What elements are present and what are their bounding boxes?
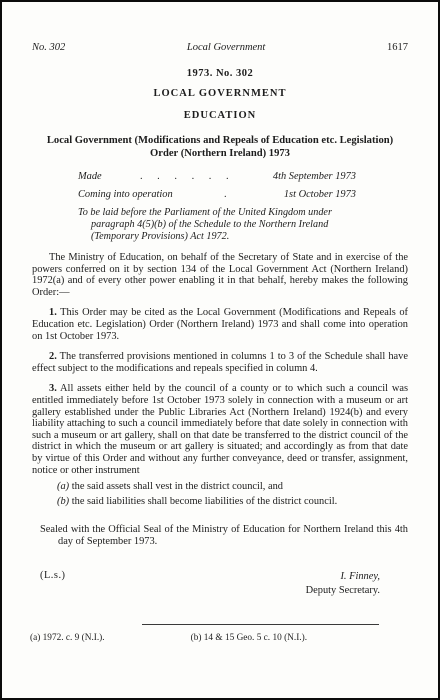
running-header: No. 302 Local Government 1617	[32, 42, 408, 53]
operation-date: 1st October 1973	[284, 189, 356, 200]
order-title-line-1: Local Government (Modifications and Repe…	[32, 134, 408, 147]
article-1-text: This Order may be cited as the Local Gov…	[32, 307, 408, 341]
subitem-a: (a) the said assets shall vest in the di…	[57, 479, 408, 494]
subitem-b-marker: (b)	[57, 496, 69, 507]
made-dotted-leader: . . . . . .	[102, 171, 273, 182]
made-label: Made	[78, 171, 102, 182]
seal-mark: (L.s.)	[40, 570, 66, 581]
instrument-number: 1973. No. 302	[32, 68, 408, 79]
dates-block: Made . . . . . . 4th September 1973 Comi…	[78, 171, 356, 200]
signatory-title: Deputy Secretary.	[306, 584, 380, 598]
made-row: Made . . . . . . 4th September 1973	[78, 171, 356, 182]
article-2-text: The transferred provisions mentioned in …	[32, 351, 408, 374]
laid-before-parliament-note: To be laid before the Parliament of the …	[78, 207, 348, 243]
order-title-line-2: Order (Northern Ireland) 1973	[32, 147, 408, 160]
signatory-name: I. Finney,	[306, 570, 380, 584]
subitem-b-text: the said liabilities shall become liabil…	[72, 496, 337, 507]
article-2: 2. The transferred provisions mentioned …	[32, 351, 408, 374]
article-3-subitems: (a) the said assets shall vest in the di…	[32, 479, 408, 509]
article-3-number: 3.	[49, 383, 57, 394]
order-title: Local Government (Modifications and Repe…	[32, 134, 408, 160]
sealing-clause: Sealed with the Official Seal of the Min…	[40, 524, 408, 548]
category-heading: EDUCATION	[32, 110, 408, 121]
footnote-b: (b) 14 & 15 Geo. 5 c. 10 (N.I.).	[191, 633, 307, 643]
subject-heading: LOCAL GOVERNMENT	[32, 88, 408, 99]
made-date: 4th September 1973	[273, 171, 356, 182]
subitem-a-text: the said assets shall vest in the distri…	[72, 481, 283, 492]
operation-dotted-leader: .	[173, 189, 284, 200]
article-2-number: 2.	[49, 351, 57, 362]
preamble-paragraph: The Ministry of Education, on behalf of …	[32, 252, 408, 298]
article-3: 3. All assets either held by the council…	[32, 383, 408, 476]
document-page: No. 302 Local Government 1617 1973. No. …	[0, 0, 440, 700]
subitem-b: (b) the said liabilities shall become li…	[57, 494, 408, 509]
article-1-number: 1.	[49, 307, 57, 318]
operation-label: Coming into operation	[78, 189, 173, 200]
seal-signature-row: (L.s.) I. Finney, Deputy Secretary.	[32, 570, 408, 598]
signature-block: I. Finney, Deputy Secretary.	[306, 570, 380, 598]
coming-into-operation-row: Coming into operation . 1st October 1973	[78, 189, 356, 200]
article-3-text: All assets either held by the council of…	[32, 383, 408, 475]
subitem-a-marker: (a)	[57, 481, 69, 492]
footnote-separator-rule	[142, 624, 379, 625]
header-subject: Local Government	[187, 42, 265, 53]
header-order-number: No. 302	[32, 42, 65, 53]
footnotes: (a) 1972. c. 9 (N.I.). (b) 14 & 15 Geo. …	[30, 633, 410, 643]
footnote-a: (a) 1972. c. 9 (N.I.).	[30, 633, 105, 643]
header-page-number: 1617	[387, 42, 408, 53]
article-1: 1. This Order may be cited as the Local …	[32, 307, 408, 342]
